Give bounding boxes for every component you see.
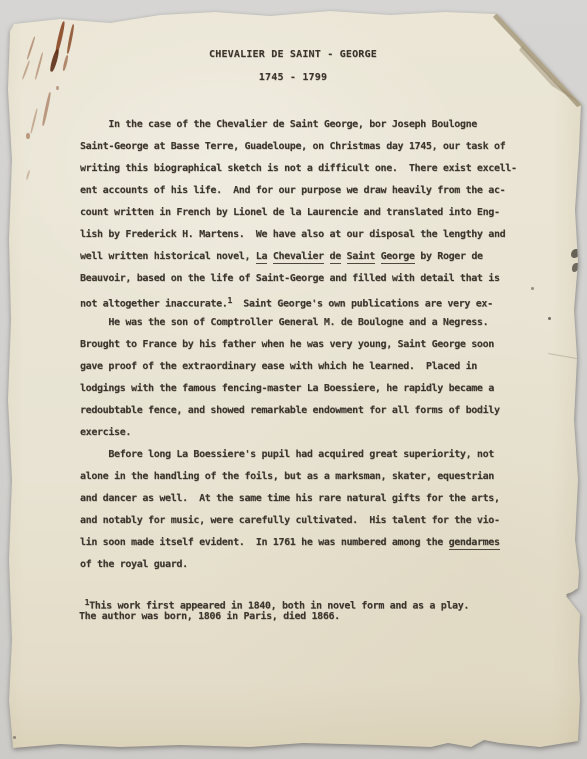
text-segment (375, 251, 381, 262)
text-segment: lodgings with the famous fencing-master … (80, 383, 494, 394)
text-line: Before long La Boessiere's pupil had acq… (80, 444, 540, 466)
text-segment: Saint George's own publications are very… (232, 299, 493, 310)
underlined-text: Chevalier (273, 251, 324, 264)
ink-stain (30, 108, 38, 134)
underlined-text: George (381, 251, 415, 264)
underlined-text: gendarmes (449, 537, 500, 550)
paper-crease (548, 353, 582, 360)
text-segment: well written historical novel, (80, 251, 256, 262)
text-line: The author was born, 1806 in Paris, died… (79, 610, 549, 624)
text-segment: The author was born, 1806 in Paris, died… (79, 611, 340, 622)
text-line: alone in the handling of the foils, but … (80, 466, 540, 488)
edge-mark (572, 263, 579, 272)
text-line: not altogether inaccurate.1 Saint George… (80, 290, 540, 312)
text-segment (324, 251, 330, 262)
body-text: In the case of the Chevalier de Saint Ge… (80, 114, 540, 576)
text-segment: and notably for music, were carefully cu… (80, 515, 500, 526)
underlined-text: Saint (347, 251, 375, 264)
text-segment: not altogether inaccurate. (80, 299, 227, 310)
text-segment: Brought to France by his father when he … (80, 339, 494, 350)
text-line: He was the son of Comptroller General M.… (80, 312, 540, 334)
paper-speck (548, 317, 551, 320)
text-segment: Beauvoir, based on the life of Saint-Geo… (80, 273, 500, 284)
title-block: CHEVALIER DE SAINT - GEORGE 1745 - 1799 (8, 47, 578, 86)
text-line: lish by Frederick H. Martens. We have al… (80, 224, 540, 246)
text-line: and notably for music, were carefully cu… (80, 510, 540, 532)
footnote: 1This work first appeared in 1840, both … (79, 596, 549, 624)
text-line: lin soon made itself evident. In 1761 he… (80, 532, 540, 554)
ink-stain (56, 86, 59, 90)
text-line: In the case of the Chevalier de Saint Ge… (80, 114, 540, 136)
text-line: lodgings with the famous fencing-master … (80, 378, 540, 400)
text-line: and dancer as well. At the same time his… (80, 488, 540, 510)
text-segment: lin soon made itself evident. In 1761 he… (80, 537, 449, 548)
text-segment: ent accounts of his life. And for our pu… (80, 185, 505, 196)
text-segment: In the case of the Chevalier de Saint Ge… (80, 119, 477, 130)
text-segment (341, 251, 347, 262)
text-segment: by Roger de (415, 251, 483, 262)
ink-stain (41, 92, 51, 126)
text-segment: alone in the handling of the foils, but … (80, 471, 494, 482)
text-line: redoubtable fence, and showed remarkable… (80, 400, 540, 422)
text-line: Saint-George at Basse Terre, Guadeloupe,… (80, 136, 540, 158)
text-segment: of the royal guard. (80, 559, 188, 570)
ink-stain (26, 170, 31, 180)
text-line: gave proof of the extraordinary ease wit… (80, 356, 540, 378)
underlined-text: La (256, 251, 267, 264)
text-line: Brought to France by his father when he … (80, 334, 540, 356)
text-segment: He was the son of Comptroller General M.… (80, 317, 488, 328)
document-title: CHEVALIER DE SAINT - GEORGE (8, 47, 578, 63)
text-line: ent accounts of his life. And for our pu… (80, 180, 540, 202)
edge-mark (571, 249, 579, 258)
document-page: CHEVALIER DE SAINT - GEORGE 1745 - 1799 … (0, 0, 587, 759)
text-segment: gave proof of the extraordinary ease wit… (80, 361, 477, 372)
text-line: of the royal guard. (80, 554, 540, 576)
text-segment: writing this biographical sketch is not … (80, 163, 517, 174)
text-line: 1This work first appeared in 1840, both … (79, 596, 549, 610)
text-line: writing this biographical sketch is not … (80, 158, 540, 180)
paper-speck (13, 736, 16, 739)
text-line: well written historical novel, La Cheval… (80, 246, 540, 268)
tear-mark (566, 591, 575, 599)
text-segment: exercise. (80, 427, 131, 438)
text-line: Beauvoir, based on the life of Saint-Geo… (80, 268, 540, 290)
ink-stain (26, 133, 30, 139)
text-segment: count written in French by Lionel de la … (80, 207, 500, 218)
document-dates: 1745 - 1799 (8, 70, 578, 86)
text-segment (267, 251, 273, 262)
text-segment: Saint-George at Basse Terre, Guadeloupe,… (80, 141, 505, 152)
scan-background: CHEVALIER DE SAINT - GEORGE 1745 - 1799 … (0, 0, 587, 759)
text-line: count written in French by Lionel de la … (80, 202, 540, 224)
text-segment: redoubtable fence, and showed remarkable… (80, 405, 500, 416)
text-line: exercise. (80, 422, 540, 444)
text-segment: and dancer as well. At the same time his… (80, 493, 500, 504)
text-segment: lish by Frederick H. Martens. We have al… (80, 229, 505, 240)
underlined-text: de (330, 251, 341, 264)
text-segment: Before long La Boessiere's pupil had acq… (80, 449, 494, 460)
